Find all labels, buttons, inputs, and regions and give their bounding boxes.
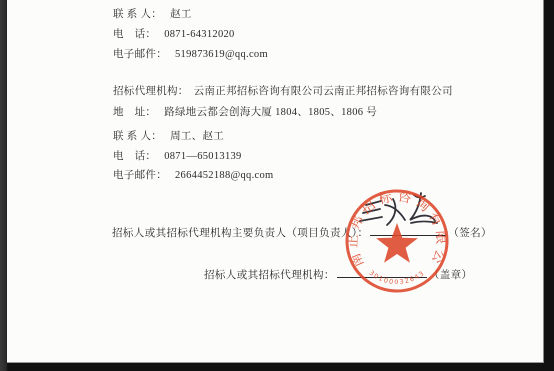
organization-label: 招标人或其招标代理机构： xyxy=(204,270,335,281)
document-page: 联 系 人：赵工 电 话：0871-64312020 电子邮件：51987361… xyxy=(7,0,544,363)
agency-contact-person-value: 周工、赵工 xyxy=(170,131,224,142)
agency-phone-row: 电 话：0871—65013139 xyxy=(113,148,242,163)
email-row: 电子邮件：519873619@qq.com xyxy=(113,46,268,61)
email-value: 519873619@qq.com xyxy=(175,49,268,60)
agency-phone-value: 0871—65013139 xyxy=(164,151,241,162)
signature-suffix: （签名） xyxy=(448,228,492,239)
agency-value: 云南正邦招标咨询有限公司云南正邦招标咨询有限公司 xyxy=(194,86,453,97)
responsible-person-signature-line: 招标人或其招标代理机构主要负责人（项目负责人）：（签名） xyxy=(112,224,492,240)
phone-value: 0871-64312020 xyxy=(164,29,234,40)
agency-email-row: 电子邮件：2664452188@qq.com xyxy=(113,167,273,182)
signature-blank-line xyxy=(370,224,446,236)
agency-label: 招标代理机构： xyxy=(113,86,189,97)
agency-phone-label: 电 话： xyxy=(113,151,156,162)
seal-suffix: （盖章） xyxy=(429,270,473,281)
phone-label: 电 话： xyxy=(113,29,156,40)
agency-row: 招标代理机构：云南正邦招标咨询有限公司云南正邦招标咨询有限公司 xyxy=(113,83,453,98)
agency-contact-person-label: 联 系 人： xyxy=(113,131,162,142)
address-row: 地 址：路绿地云都会创海大厦 1804、1805、1806 号 xyxy=(113,104,377,119)
seal-blank-line xyxy=(337,266,427,278)
scanned-document-view: 联 系 人：赵工 电 话：0871-64312020 电子邮件：51987361… xyxy=(0,0,554,371)
organization-seal-line: 招标人或其招标代理机构：（盖章） xyxy=(204,266,472,282)
contact-person-label: 联 系 人： xyxy=(113,9,162,20)
contact-person-value: 赵工 xyxy=(170,9,192,20)
responsible-person-label: 招标人或其招标代理机构主要负责人（项目负责人）： xyxy=(112,228,368,239)
agency-email-label: 电子邮件： xyxy=(113,170,167,181)
phone-row: 电 话：0871-64312020 xyxy=(113,26,235,41)
agency-email-value: 2664452188@qq.com xyxy=(175,170,273,181)
agency-contact-person-row: 联 系 人：周工、赵工 xyxy=(113,128,224,143)
email-label: 电子邮件： xyxy=(113,49,167,60)
contact-person-row: 联 系 人：赵工 xyxy=(113,6,192,21)
address-label: 地 址： xyxy=(113,107,156,118)
address-value: 路绿地云都会创海大厦 1804、1805、1806 号 xyxy=(164,107,377,118)
